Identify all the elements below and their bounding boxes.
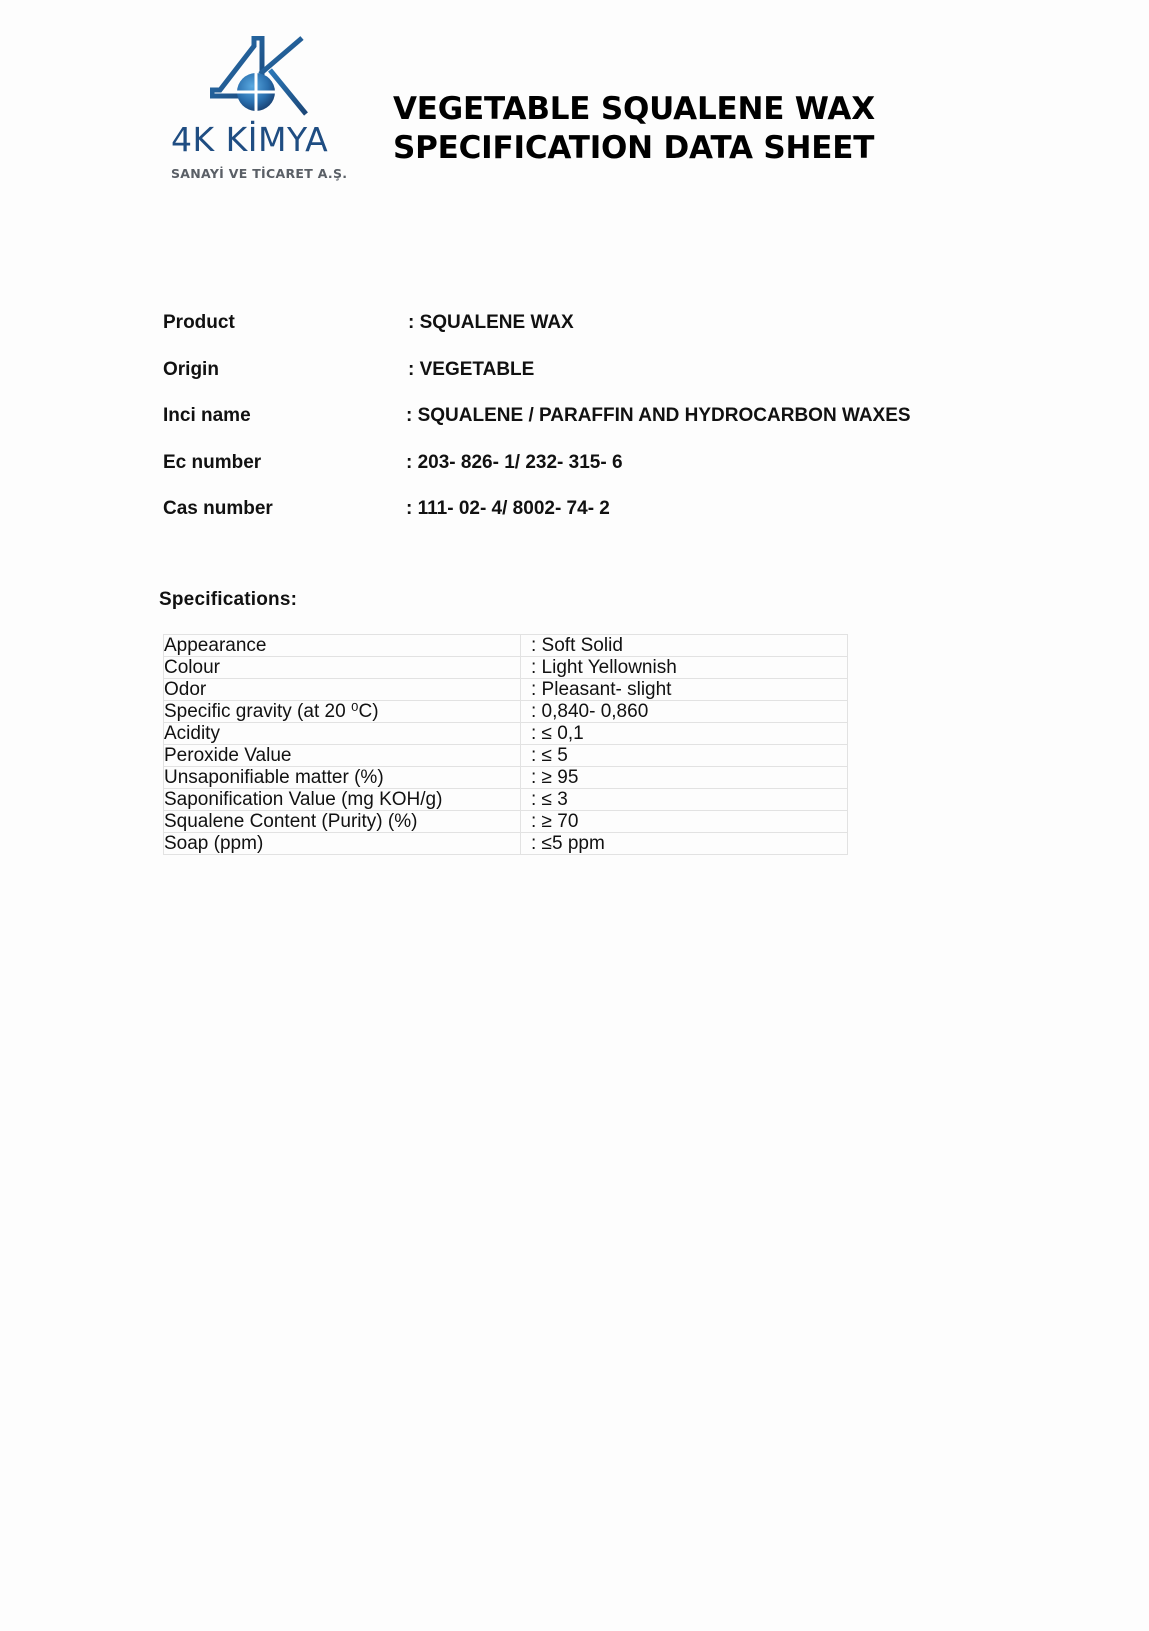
- field-label: Cas number: [163, 497, 273, 521]
- spec-property: Unsaponifiable matter (%): [164, 767, 521, 789]
- logo-company-name: 4K KİMYA: [171, 122, 328, 158]
- table-row: Soap (ppm) : ≤5 ppm: [164, 833, 848, 855]
- field-ec-number: Ec number : 203- 826- 1/ 232- 315- 6: [163, 451, 963, 498]
- field-origin: Origin : VEGETABLE: [163, 358, 963, 405]
- field-label: Ec number: [163, 451, 261, 475]
- company-logo: 4K KİMYA SANAYİ VE TİCARET A.Ş.: [165, 36, 350, 186]
- table-row: Specific gravity (at 20 ⁰C) : 0,840- 0,8…: [164, 701, 848, 723]
- specifications-heading: Specifications:: [159, 588, 297, 612]
- table-row: Colour : Light Yellownish: [164, 657, 848, 679]
- document-title-line-2: SPECIFICATION DATA SHEET: [393, 129, 875, 168]
- spec-property: Specific gravity (at 20 ⁰C): [164, 701, 521, 723]
- spec-value: : ≤ 0,1: [521, 723, 848, 745]
- field-label: Inci name: [163, 404, 251, 428]
- table-row: Acidity : ≤ 0,1: [164, 723, 848, 745]
- field-value: : 111- 02- 4/ 8002- 74- 2: [406, 497, 610, 521]
- spec-property: Squalene Content (Purity) (%): [164, 811, 521, 833]
- spec-value: : ≤5 ppm: [521, 833, 848, 855]
- spec-property: Saponification Value (mg KOH/g): [164, 789, 521, 811]
- field-label: Product: [163, 311, 235, 335]
- logo-company-subtitle: SANAYİ VE TİCARET A.Ş.: [171, 166, 347, 182]
- field-inci-name: Inci name : SQUALENE / PARAFFIN AND HYDR…: [163, 404, 963, 451]
- spec-value: : Soft Solid: [521, 635, 848, 657]
- table-row: Saponification Value (mg KOH/g) : ≤ 3: [164, 789, 848, 811]
- field-value: : 203- 826- 1/ 232- 315- 6: [406, 451, 623, 475]
- table-row: Peroxide Value : ≤ 5: [164, 745, 848, 767]
- spec-property: Peroxide Value: [164, 745, 521, 767]
- document-title: VEGETABLE SQUALENE WAX SPECIFICATION DAT…: [393, 90, 875, 168]
- spec-property: Soap (ppm): [164, 833, 521, 855]
- spec-value: : Light Yellownish: [521, 657, 848, 679]
- field-value: : VEGETABLE: [408, 358, 534, 382]
- specifications-table: Appearance : Soft Solid Colour : Light Y…: [163, 634, 848, 855]
- table-row: Unsaponifiable matter (%) : ≥ 95: [164, 767, 848, 789]
- field-product: Product : SQUALENE WAX: [163, 311, 963, 358]
- spec-property: Appearance: [164, 635, 521, 657]
- field-cas-number: Cas number : 111- 02- 4/ 8002- 74- 2: [163, 497, 963, 544]
- spec-property: Acidity: [164, 723, 521, 745]
- spec-value: : ≥ 70: [521, 811, 848, 833]
- document-title-line-1: VEGETABLE SQUALENE WAX: [393, 90, 875, 129]
- table-row: Odor : Pleasant- slight: [164, 679, 848, 701]
- spec-value: : ≥ 95: [521, 767, 848, 789]
- table-row: Appearance : Soft Solid: [164, 635, 848, 657]
- product-info-fields: Product : SQUALENE WAX Origin : VEGETABL…: [163, 311, 963, 544]
- spec-value: : Pleasant- slight: [521, 679, 848, 701]
- spec-value: : ≤ 5: [521, 745, 848, 767]
- field-label: Origin: [163, 358, 219, 382]
- spec-property: Colour: [164, 657, 521, 679]
- field-value: : SQUALENE / PARAFFIN AND HYDROCARBON WA…: [406, 404, 911, 428]
- field-value: : SQUALENE WAX: [408, 311, 574, 335]
- table-row: Squalene Content (Purity) (%) : ≥ 70: [164, 811, 848, 833]
- spec-value: : ≤ 3: [521, 789, 848, 811]
- spec-value: : 0,840- 0,860: [521, 701, 848, 723]
- spec-property: Odor: [164, 679, 521, 701]
- 4k-globe-logo-icon: [210, 36, 310, 118]
